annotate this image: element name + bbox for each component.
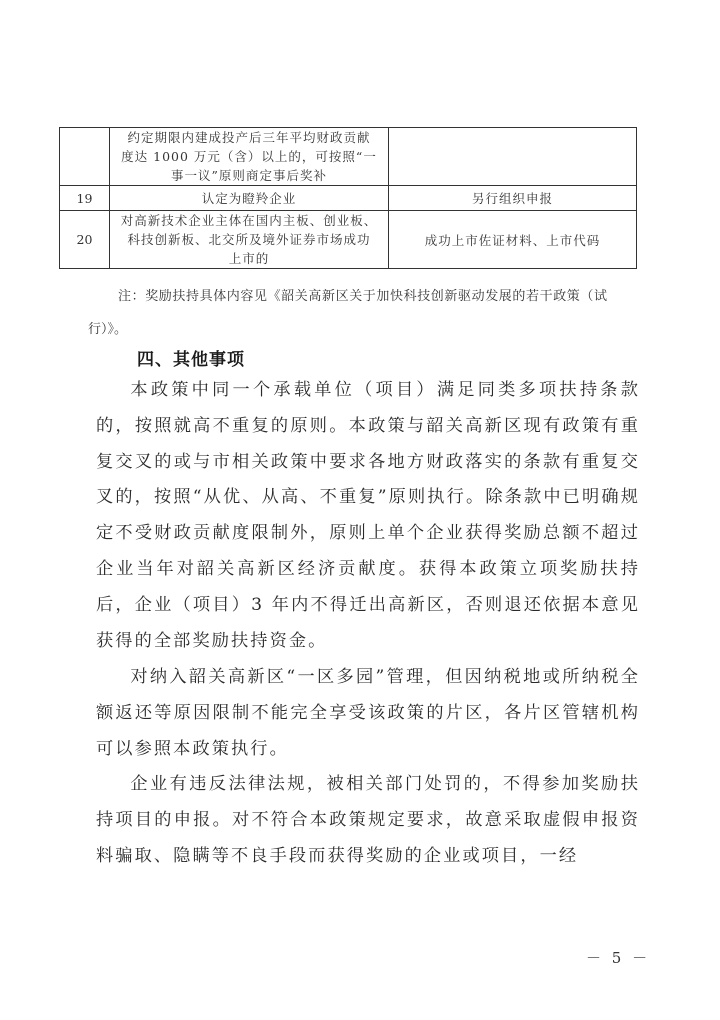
condition-line: 科技创新板、北交所及境外证券市场成功	[114, 230, 384, 249]
condition-line: 认定为瞪羚企业	[114, 189, 384, 208]
row-number	[60, 128, 110, 186]
condition-line: 对高新技术企业主体在国内主板、创业板、	[114, 211, 384, 230]
row-condition: 对高新技术企业主体在国内主板、创业板、 科技创新板、北交所及境外证券市场成功 上…	[110, 211, 389, 269]
condition-line: 上市的	[114, 249, 384, 268]
paragraph-text: 企业有违反法律法规，被相关部门处罚的，不得参加奖励扶持项目的申报。对不符合本政策…	[96, 767, 640, 874]
table-row: 19 认定为瞪羚企业 另行组织申报	[60, 186, 637, 211]
paragraph-1: 本政策中同一个承载单位（项目）满足同类多项扶持条款的，按照就高不重复的原则。本政…	[96, 373, 640, 659]
row-number: 19	[60, 186, 110, 211]
table-note: 注：奖励扶持具体内容见《韶关高新区关于加快科技创新驱动发展的若干政策（试	[118, 285, 648, 304]
paragraph-text: 本政策中同一个承载单位（项目）满足同类多项扶持条款的，按照就高不重复的原则。本政…	[96, 373, 640, 659]
row-condition: 约定期限内建成投产后三年平均财政贡献 度达 1000 万元（含）以上的，可按照“…	[110, 128, 389, 186]
table-note-continued: 行）》。	[88, 318, 127, 337]
section-heading: 四、其他事项	[137, 345, 245, 370]
condition-line: 约定期限内建成投产后三年平均财政贡献	[114, 128, 384, 147]
table-row: 约定期限内建成投产后三年平均财政贡献 度达 1000 万元（含）以上的，可按照“…	[60, 128, 637, 186]
document-page: 约定期限内建成投产后三年平均财政贡献 度达 1000 万元（含）以上的，可按照“…	[0, 0, 720, 1020]
paragraph-3: 企业有违反法律法规，被相关部门处罚的，不得参加奖励扶持项目的申报。对不符合本政策…	[96, 767, 640, 874]
policy-table: 约定期限内建成投产后三年平均财政贡献 度达 1000 万元（含）以上的，可按照“…	[59, 127, 637, 269]
row-number: 20	[60, 211, 110, 269]
row-condition: 认定为瞪羚企业	[110, 186, 389, 211]
paragraph-text: 对纳入韶关高新区“一区多园”管理，但因纳税地或所纳税全额返还等原因限制不能完全享…	[96, 660, 640, 767]
page-number: － 5 －	[586, 947, 650, 968]
paragraph-2: 对纳入韶关高新区“一区多园”管理，但因纳税地或所纳税全额返还等原因限制不能完全享…	[96, 660, 640, 767]
condition-line: 事一议”原则商定事后奖补	[114, 166, 384, 185]
row-materials: 另行组织申报	[389, 186, 637, 211]
table-row: 20 对高新技术企业主体在国内主板、创业板、 科技创新板、北交所及境外证券市场成…	[60, 211, 637, 269]
row-materials: 成功上市佐证材料、上市代码	[389, 211, 637, 269]
condition-line: 度达 1000 万元（含）以上的，可按照“一	[114, 147, 384, 166]
row-materials	[389, 128, 637, 186]
